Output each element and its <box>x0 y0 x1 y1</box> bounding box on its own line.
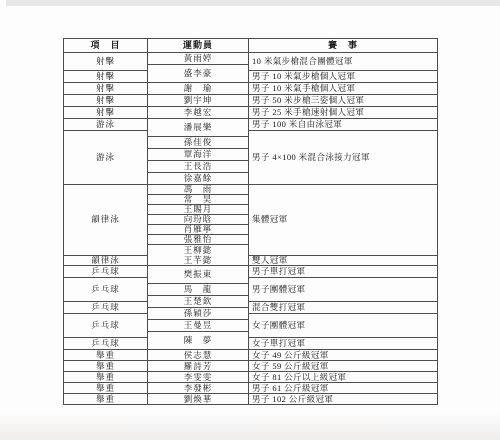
event-cell: 男子 25 米手槍速射個人冠軍 <box>249 107 438 119</box>
table-row: 韻律泳 雙人冠軍 <box>64 255 438 266</box>
table-header-row: 項 目 運動員 賽 事 <box>64 39 438 53</box>
athlete-cell: 劉宇坤 <box>148 95 249 107</box>
athlete-cell: 王長浩 <box>148 161 249 173</box>
event-cell: 男子團體冠軍 <box>249 278 438 302</box>
sport-cell: 射擊 <box>64 53 148 71</box>
athlete-cell: 王楚欽 <box>148 296 249 308</box>
athlete-cell: 羅詩芳 <box>148 361 249 372</box>
header-event: 賽 事 <box>249 39 438 53</box>
event-cell: 10 米氣步槍混合團體冠軍 <box>249 53 438 71</box>
athlete-cell: 肖雁寧 <box>148 225 249 235</box>
table-row: 韻律泳 馮 雨 集體冠軍 <box>64 185 438 195</box>
event-cell: 雙人冠軍 <box>249 255 438 266</box>
event-cell: 混合雙打冠軍 <box>249 302 438 314</box>
athlete-cell: 向玢晗 <box>148 215 249 225</box>
sport-cell: 射擊 <box>64 71 148 83</box>
event-cell: 男子 10 米氣步槍個人冠軍 <box>249 71 438 83</box>
table-row: 舉重 李雯雯 女子 81 公斤以上級冠軍 <box>64 372 438 383</box>
athlete-cell: 劉煥華 <box>148 394 249 405</box>
event-cell: 男子 50 米步槍三姿個人冠軍 <box>249 95 438 107</box>
sport-cell: 舉重 <box>64 383 148 394</box>
table-row: 舉重 侯志慧 女子 49 公斤級冠軍 <box>64 350 438 361</box>
event-cell: 男子 102 公斤級冠軍 <box>249 394 438 405</box>
champions-table: 項 目 運動員 賽 事 射擊 黃雨婷 10 米氣步槍混合團體冠軍 盛李豪 射擊 … <box>63 38 438 405</box>
athlete-name: 王柳懿 <box>148 245 248 255</box>
page-top-edge <box>6 0 500 6</box>
sport-cell: 乒乓球 <box>64 278 148 302</box>
athlete-cell: 馮 雨 <box>148 185 249 195</box>
sport-cell: 游泳 <box>64 131 148 185</box>
athlete-cell: 王賜月 <box>148 205 249 215</box>
athlete-cell: 王柳懿 王芊懿 <box>148 245 249 266</box>
table-row: 射擊 男子 10 米氣步槍個人冠軍 <box>64 71 438 83</box>
table-row: 游泳 潘展樂 男子 100 米自由泳冠軍 <box>64 119 438 131</box>
event-cell: 男子 61 公斤級冠軍 <box>249 383 438 394</box>
sport-cell: 舉重 <box>64 361 148 372</box>
document-page: 項 目 運動員 賽 事 射擊 黃雨婷 10 米氣步槍混合團體冠軍 盛李豪 射擊 … <box>0 0 500 440</box>
athlete-cell: 謝 瑜 <box>148 83 249 95</box>
table-row: 乒乓球 樊振東 男子單打冠軍 <box>64 266 438 278</box>
event-cell: 女子單打冠軍 <box>249 338 438 350</box>
event-cell: 集體冠軍 <box>249 185 438 256</box>
event-cell: 男子 4×100 米混合泳接力冠軍 <box>249 131 438 185</box>
athlete-cell: 馬 龍 <box>148 284 249 296</box>
athlete-cell: 王曼昱 <box>148 320 249 332</box>
table-row: 射擊 黃雨婷 10 米氣步槍混合團體冠軍 <box>64 53 438 65</box>
table-row: 舉重 羅詩芳 女子 59 公斤級冠軍 <box>64 361 438 372</box>
athlete-cell: 李發彬 <box>148 383 249 394</box>
header-athlete: 運動員 <box>148 39 249 53</box>
sport-cell: 韻律泳 <box>64 185 148 256</box>
athlete-cell: 樊振東 <box>148 266 249 284</box>
table-row: 射擊 劉宇坤 男子 50 米步槍三姿個人冠軍 <box>64 95 438 107</box>
table-row: 乒乓球 女子團體冠軍 <box>64 314 438 320</box>
table-row: 舉重 劉煥華 男子 102 公斤級冠軍 <box>64 394 438 405</box>
sport-cell: 韻律泳 <box>64 255 148 266</box>
sport-cell: 乒乓球 <box>64 314 148 338</box>
event-cell: 女子團體冠軍 <box>249 314 438 338</box>
table-row: 舉重 李發彬 男子 61 公斤級冠軍 <box>64 383 438 394</box>
athlete-cell: 張雅怡 <box>148 235 249 245</box>
athlete-cell: 孫佳俊 <box>148 137 249 149</box>
sport-cell: 游泳 <box>64 119 148 131</box>
sport-cell: 舉重 <box>64 350 148 361</box>
sport-cell: 乒乓球 <box>64 302 148 314</box>
sport-cell: 射擊 <box>64 95 148 107</box>
sport-cell: 射擊 <box>64 107 148 119</box>
athlete-cell: 常 昊 <box>148 195 249 205</box>
event-cell: 女子 49 公斤級冠軍 <box>249 350 438 361</box>
table-row: 乒乓球 女子單打冠軍 <box>64 338 438 350</box>
athlete-cell: 黃雨婷 <box>148 53 249 65</box>
sport-cell: 射擊 <box>64 83 148 95</box>
athlete-cell: 李越宏 <box>148 107 249 119</box>
athlete-cell: 孫穎莎 <box>148 308 249 320</box>
table-row: 乒乓球 混合雙打冠軍 <box>64 302 438 308</box>
athlete-cell: 侯志慧 <box>148 350 249 361</box>
athlete-cell: 潘展樂 <box>148 119 249 137</box>
athlete-name: 王芊懿 <box>148 255 248 265</box>
event-cell: 男子 100 米自由泳冠軍 <box>249 119 438 131</box>
sport-cell: 乒乓球 <box>64 338 148 350</box>
athlete-cell: 覃海洋 <box>148 149 249 161</box>
sport-cell: 乒乓球 <box>64 266 148 278</box>
table-row: 射擊 謝 瑜 男子 10 米氣手槍個人冠軍 <box>64 83 438 95</box>
header-sport: 項 目 <box>64 39 148 53</box>
athlete-cell: 盛李豪 <box>148 65 249 83</box>
page-bottom-edge <box>0 412 500 440</box>
event-cell: 男子單打冠軍 <box>249 266 438 278</box>
event-cell: 女子 81 公斤以上級冠軍 <box>249 372 438 383</box>
table-row: 射擊 李越宏 男子 25 米手槍速射個人冠軍 <box>64 107 438 119</box>
athlete-cell: 陳 夢 <box>148 332 249 350</box>
sport-cell: 舉重 <box>64 372 148 383</box>
event-cell: 女子 59 公斤級冠軍 <box>249 361 438 372</box>
athlete-cell: 李雯雯 <box>148 372 249 383</box>
athlete-cell: 徐嘉餘 <box>148 173 249 185</box>
event-cell: 男子 10 米氣手槍個人冠軍 <box>249 83 438 95</box>
table-row: 乒乓球 男子團體冠軍 <box>64 278 438 284</box>
table-row: 游泳 男子 4×100 米混合泳接力冠軍 <box>64 131 438 137</box>
sport-cell: 舉重 <box>64 394 148 405</box>
